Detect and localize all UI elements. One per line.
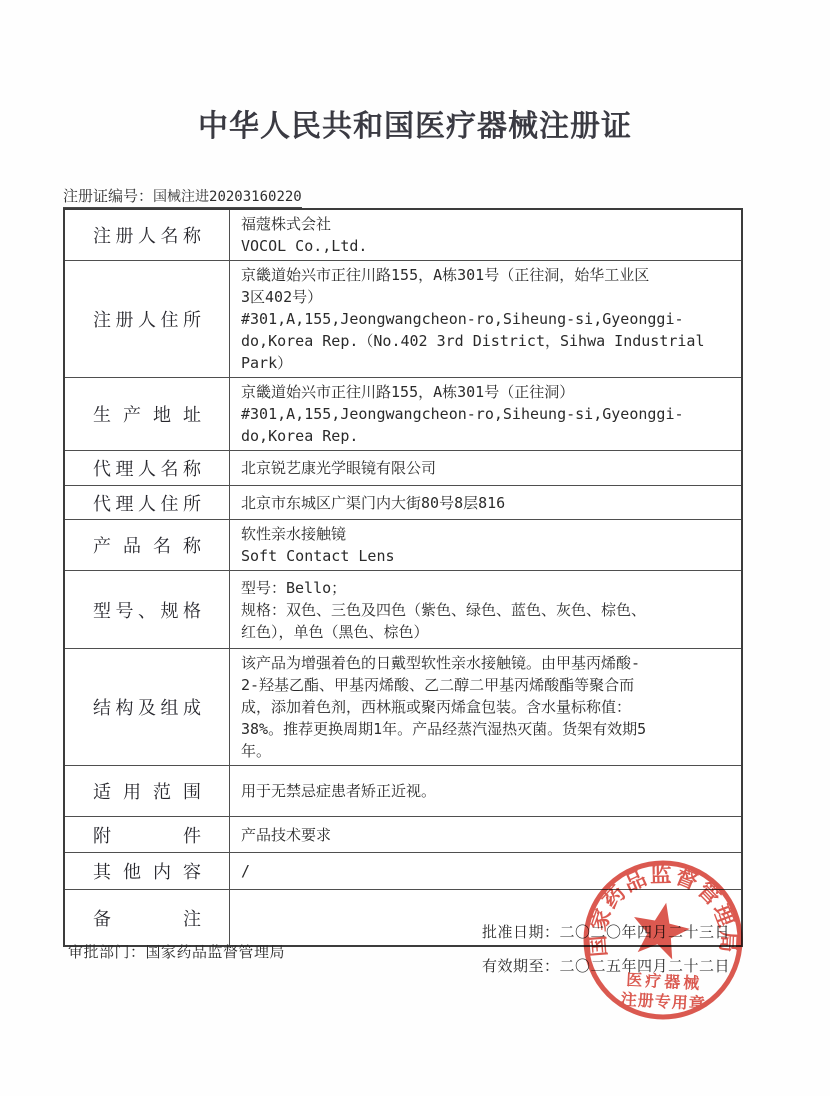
row-label: 备注	[65, 890, 230, 945]
valid-until-line: 有效期至：二〇二五年四月二十二日	[482, 955, 730, 976]
row-label: 注册人住所	[65, 261, 230, 377]
row-value: 型号：Bello； 规格：双色、三色及四色（紫色、绿色、蓝色、灰色、棕色、 红色…	[230, 571, 741, 648]
row-label: 代理人住所	[65, 486, 230, 519]
approval-date-label: 批准日期：	[482, 925, 560, 941]
stamp-inner-text-2: 注册专用章	[620, 990, 706, 1013]
row-label: 适用范围	[65, 766, 230, 816]
registration-number-line: 注册证编号：国械注进20203160220	[63, 185, 302, 208]
row-agent-name: 代理人名称 北京锐艺康光学眼镜有限公司	[65, 451, 741, 486]
row-label: 型号、规格	[65, 571, 230, 648]
row-label: 产品名称	[65, 520, 230, 570]
valid-until-value: 二〇二五年四月二十二日	[560, 959, 731, 975]
row-value: 北京锐艺康光学眼镜有限公司	[230, 451, 741, 485]
row-value: 软性亲水接触镜 Soft Contact Lens	[230, 520, 741, 570]
row-value: 用于无禁忌症患者矫正近视。	[230, 766, 741, 816]
row-model-spec: 型号、规格 型号：Bello； 规格：双色、三色及四色（紫色、绿色、蓝色、灰色、…	[65, 571, 741, 649]
row-scope-of-application: 适用范围 用于无禁忌症患者矫正近视。	[65, 766, 741, 817]
approval-date-line: 批准日期：二〇二〇年四月二十三日	[482, 921, 730, 942]
row-value: 产品技术要求	[230, 817, 741, 852]
row-value: 福蔻株式会社 VOCOL Co.,Ltd.	[230, 210, 741, 260]
row-value: 该产品为增强着色的日戴型软性亲水接触镜。由甲基丙烯酸- 2-羟基乙酯、甲基丙烯酸…	[230, 649, 741, 765]
row-label: 结构及组成	[65, 649, 230, 765]
certificate-title: 中华人民共和国医疗器械注册证	[0, 101, 830, 145]
row-value: 京畿道始兴市正往川路155，A栋301号（正往洞） #301,A,155,Jeo…	[230, 378, 741, 450]
row-value: 北京市东城区广渠门内大街80号8层816	[230, 486, 741, 519]
valid-until-label: 有效期至：	[482, 959, 560, 975]
row-product-name: 产品名称 软性亲水接触镜 Soft Contact Lens	[65, 520, 741, 571]
row-label: 其他内容	[65, 853, 230, 889]
row-label: 附件	[65, 817, 230, 852]
row-registrant-address: 注册人住所 京畿道始兴市正往川路155，A栋301号（正往洞，始华工业区 3区4…	[65, 261, 741, 378]
row-agent-address: 代理人住所 北京市东城区广渠门内大街80号8层816	[65, 486, 741, 520]
row-attachment: 附件 产品技术要求	[65, 817, 741, 853]
row-label: 生产地址	[65, 378, 230, 450]
row-other-content: 其他内容 /	[65, 853, 741, 890]
approval-date-value: 二〇二〇年四月二十三日	[560, 925, 731, 941]
row-production-address: 生产地址 京畿道始兴市正往川路155，A栋301号（正往洞） #301,A,15…	[65, 378, 741, 451]
row-value: /	[230, 853, 741, 889]
row-structure-composition: 结构及组成 该产品为增强着色的日戴型软性亲水接触镜。由甲基丙烯酸- 2-羟基乙酯…	[65, 649, 741, 766]
row-registrant-name: 注册人名称 福蔻株式会社 VOCOL Co.,Ltd.	[65, 210, 741, 261]
approval-department-value: 国家药品监督管理局	[146, 945, 286, 961]
row-label: 注册人名称	[65, 210, 230, 260]
certificate-table: 注册人名称 福蔻株式会社 VOCOL Co.,Ltd. 注册人住所 京畿道始兴市…	[63, 208, 743, 947]
row-value: 京畿道始兴市正往川路155，A栋301号（正往洞，始华工业区 3区402号） #…	[230, 261, 741, 377]
certificate-page: 中华人民共和国医疗器械注册证 注册证编号：国械注进20203160220 注册人…	[0, 0, 830, 1096]
approval-department-label: 审批部门：	[68, 945, 146, 961]
registration-number-value: 国械注进20203160220	[153, 189, 302, 205]
row-label: 代理人名称	[65, 451, 230, 485]
registration-number-label: 注册证编号：	[63, 189, 153, 205]
approval-department-line: 审批部门：国家药品监督管理局	[68, 941, 285, 962]
